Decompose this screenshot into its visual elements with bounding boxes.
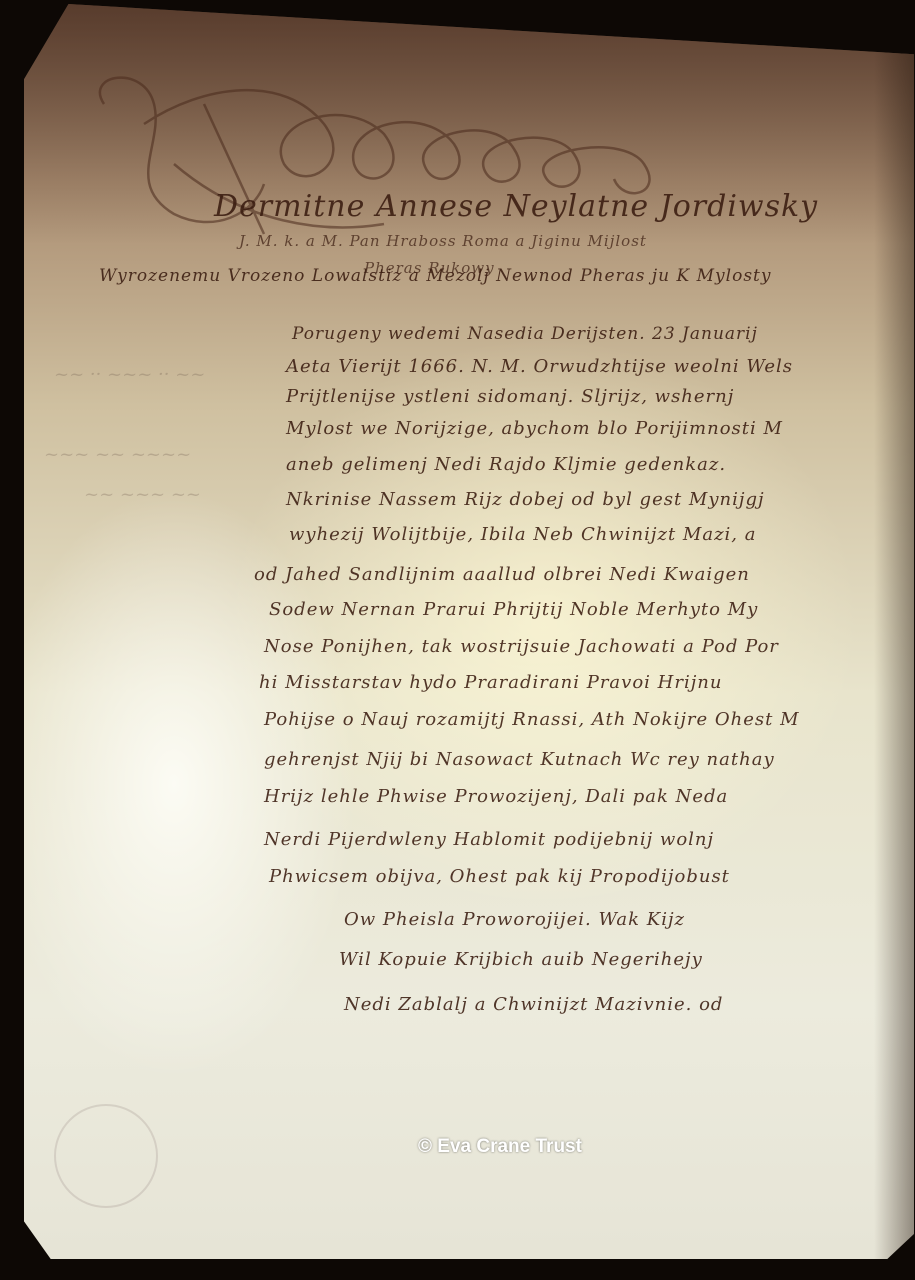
script-line: Wyrozenemu Vrozeno Lowalstiz a Mezolj Ne… [99, 266, 771, 286]
script-line: wyhezij Wolijtbije, Ibila Neb Chwinijzt … [289, 524, 757, 545]
script-line: Hrijz lehle Phwise Prowozijenj, Dali pak… [264, 786, 728, 807]
script-line: Nkrinise Nassem Rijz dobej od byl gest M… [286, 489, 765, 510]
script-line: Ow Pheisla Proworojijei. Wak Kijz [344, 909, 685, 930]
script-line: Prijtlenijse ystleni sidomanj. Sljrijz, … [286, 386, 734, 407]
script-line: od Jahed Sandlijnim aaallud olbrei Nedi … [254, 564, 750, 585]
script-line: Pohijse o Nauj rozamijtj Rnassi, Ath Nok… [264, 709, 800, 730]
faint-seal-circle [54, 1104, 158, 1208]
copyright-watermark: © Eva Crane Trust [418, 1136, 582, 1158]
bleed-through-text: ~~ ·· ~~~ ·· ~~ [54, 364, 205, 385]
right-shadow [874, 4, 914, 1259]
script-line: Nedi Zablalj a Chwinijzt Mazivnie. od [344, 994, 723, 1015]
script-line: Aeta Vierijt 1666. N. M. Orwudzhtijse we… [286, 356, 793, 377]
heading-line-2: J. M. k. a M. Pan Hraboss Roma a Jiginu … [239, 232, 647, 250]
manuscript-page: Dermitne Annese Neylatne Jordiwsky J. M.… [24, 4, 914, 1259]
script-line: Phwicsem obijva, Ohest pak kij Propodijo… [269, 866, 730, 887]
script-line: gehrenjst Njij bi Nasowact Kutnach Wc re… [264, 749, 775, 770]
script-line: hi Misstarstav hydo Praradirani Pravoi H… [259, 672, 722, 693]
script-line: Sodew Nernan Prarui Phrijtij Noble Merhy… [269, 599, 758, 620]
bleed-through-text: ~~~ ~~ ~~~~ [44, 444, 191, 465]
script-line: aneb gelimenj Nedi Rajdo Kljmie gedenkaz… [286, 454, 726, 475]
script-line: Nose Ponijhen, tak wostrijsuie Jachowati… [264, 636, 779, 657]
script-line: Mylost we Norijzige, abychom blo Porijim… [286, 418, 783, 439]
heading-line-1: Dermitne Annese Neylatne Jordiwsky [214, 189, 818, 224]
script-line: Porugeny wedemi Nasedia Derijsten. 23 Ja… [292, 324, 758, 344]
bleed-through-text: ~~ ~~~ ~~ [84, 484, 201, 505]
script-line: Nerdi Pijerdwleny Hablomit podijebnij wo… [264, 829, 714, 850]
script-line: Wil Kopuie Krijbich auib Negerihejy [339, 949, 703, 970]
